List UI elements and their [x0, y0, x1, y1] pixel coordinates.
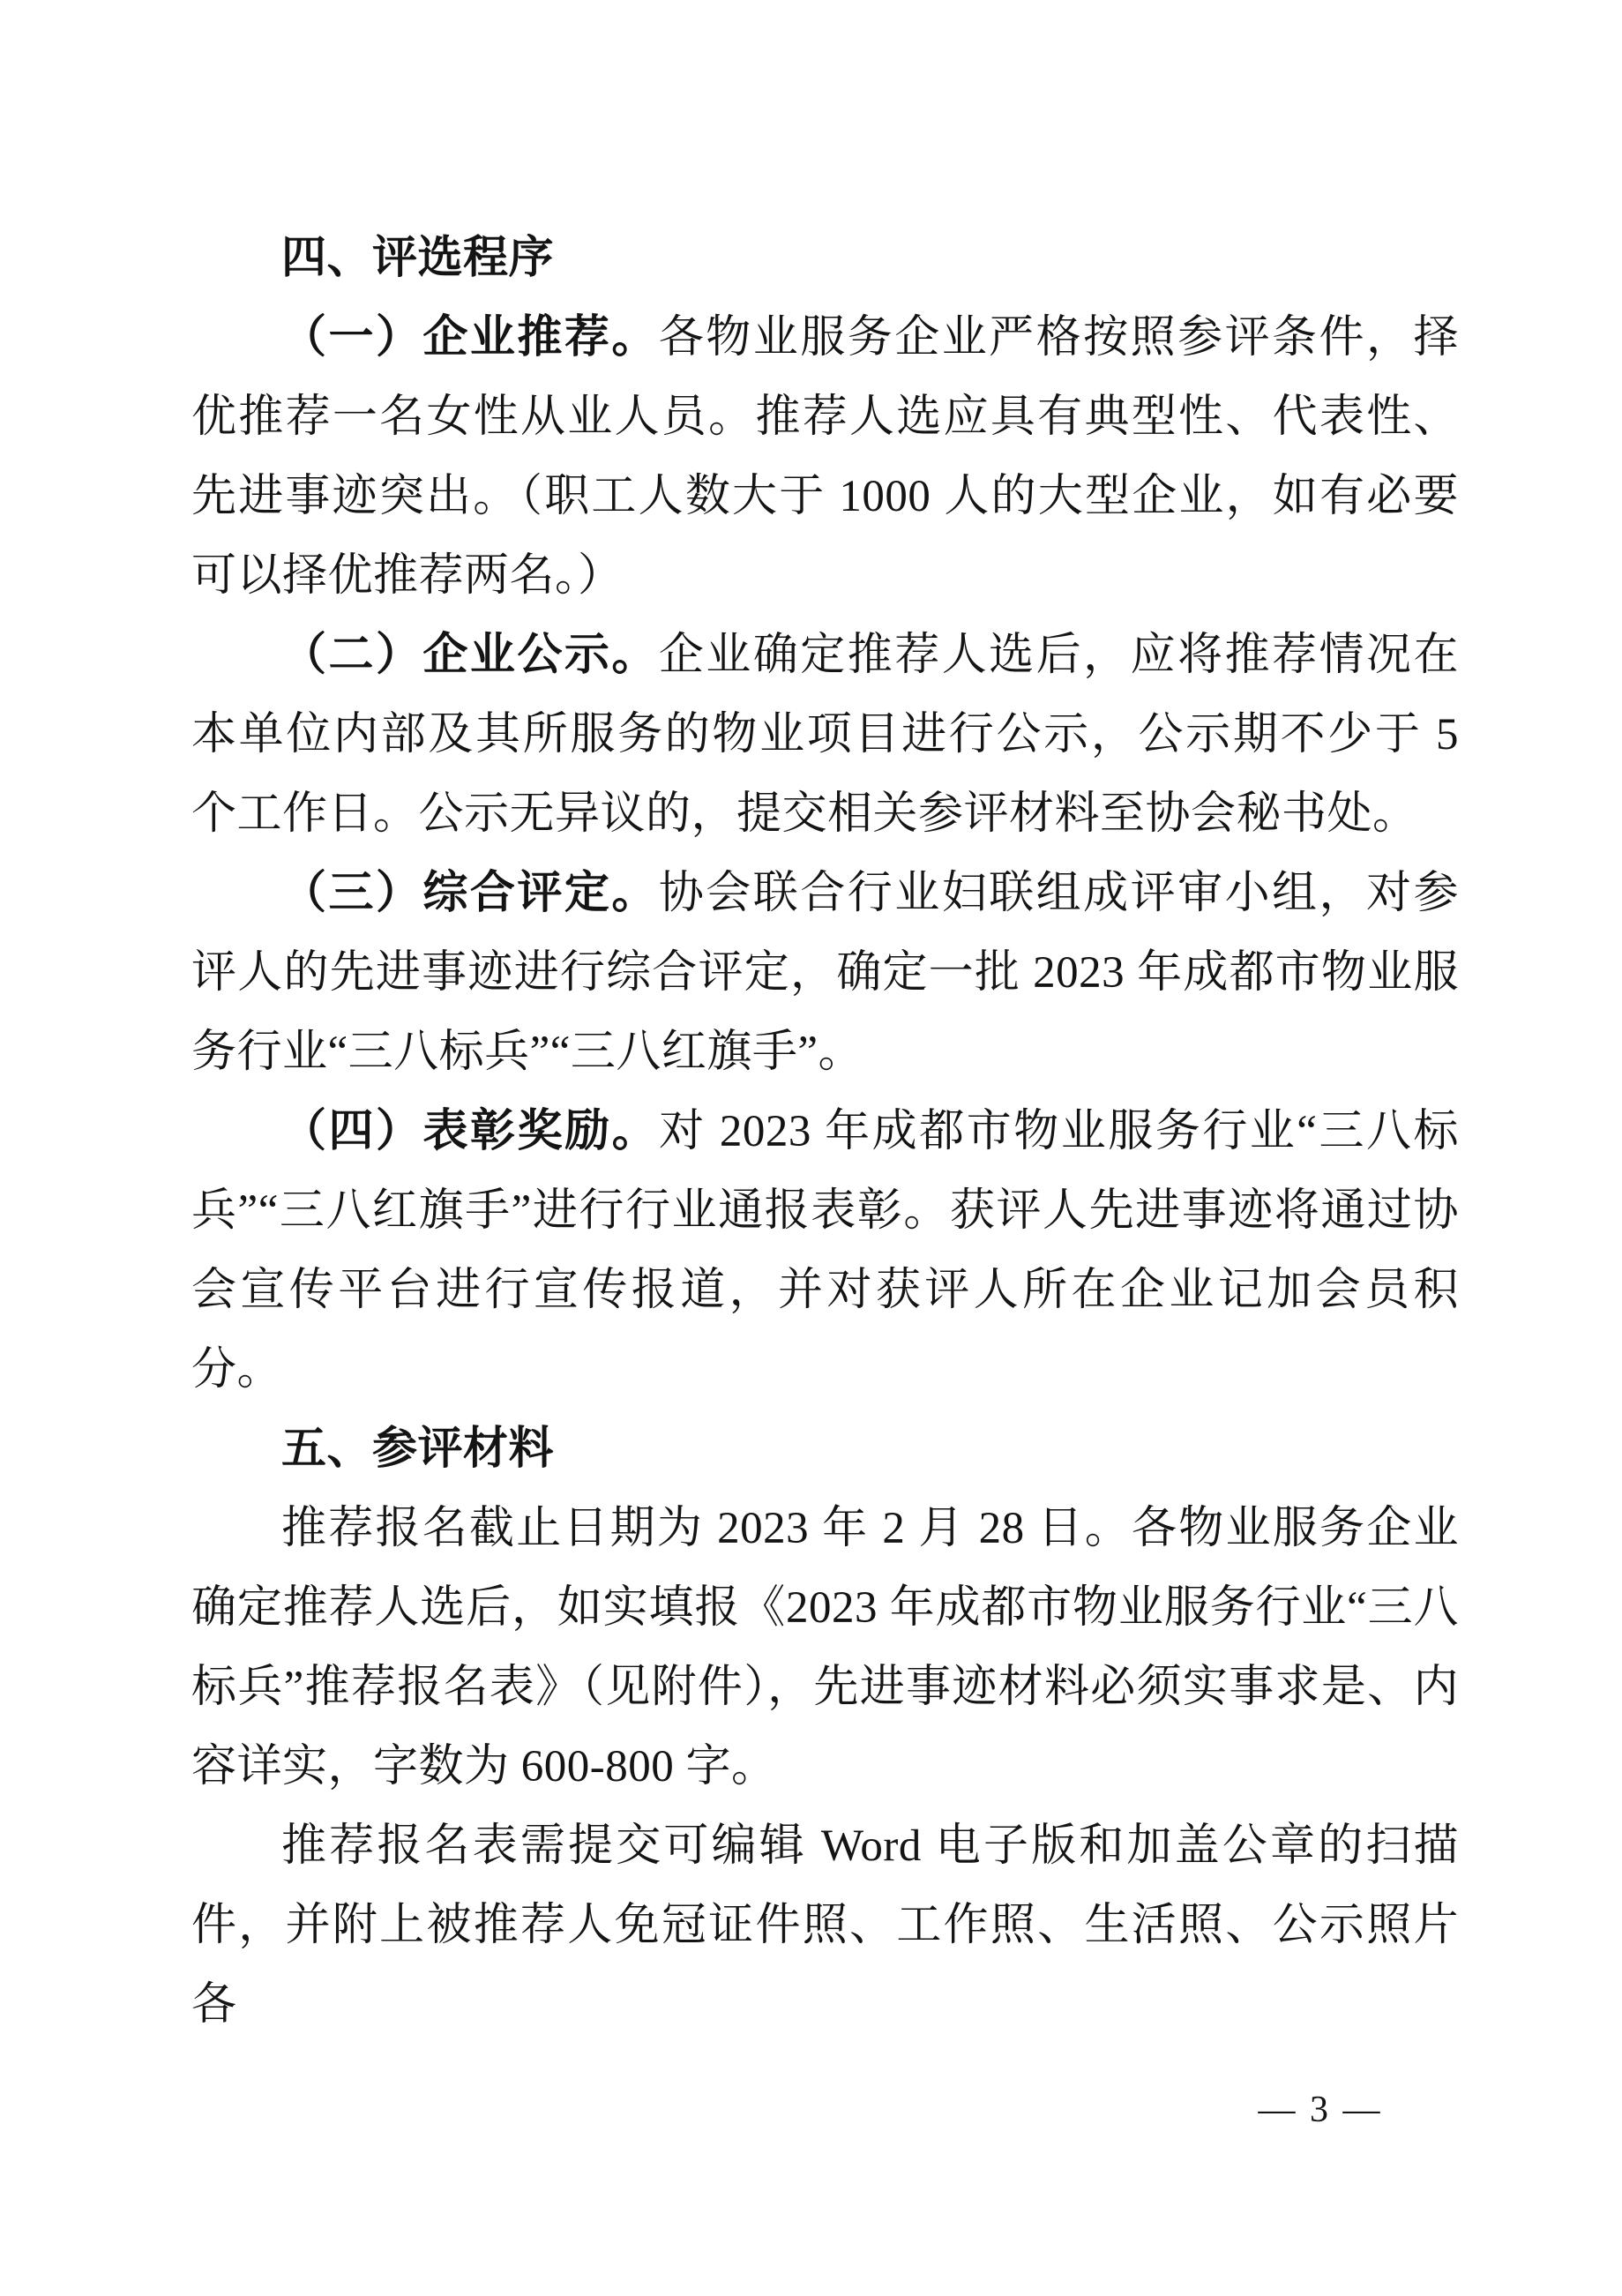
paragraph-lead-enterprise-publicity: （二）企业公示。	[281, 631, 659, 680]
paragraph-lead-comprehensive-evaluation: （三）综合评定。	[281, 869, 659, 918]
paragraph-lead-commendation-reward: （四）表彰奖励。	[281, 1107, 659, 1156]
paragraph-commendation-reward: （四）表彰奖励。对 2023 年成都市物业服务行业“三八标兵”“三八红旗手”进行…	[191, 1092, 1459, 1410]
paragraph-registration-deadline: 推荐报名截止日期为 2023 年 2 月 28 日。各物业服务企业确定推荐人选后…	[191, 1489, 1459, 1806]
document-content: 四、评选程序 （一）企业推荐。各物业服务企业严格按照参评条件，择优推荐一名女性从…	[191, 219, 1459, 2045]
paragraph-body-registration-deadline: 推荐报名截止日期为 2023 年 2 月 28 日。各物业服务企业确定推荐人选后…	[191, 1504, 1459, 1791]
paragraph-enterprise-publicity: （二）企业公示。企业确定推荐人选后，应将推荐情况在本单位内部及其所服务的物业项目…	[191, 616, 1459, 854]
page-number: — 3 —	[1215, 2089, 1426, 2131]
paragraph-submission-requirements: 推荐报名表需提交可编辑 Word 电子版和加盖公章的扫描件，并附上被推荐人免冠证…	[191, 1806, 1459, 2045]
paragraph-lead-enterprise-recommendation: （一）企业推荐。	[281, 313, 659, 363]
paragraph-enterprise-recommendation: （一）企业推荐。各物业服务企业严格按照参评条件，择优推荐一名女性从业人员。推荐人…	[191, 298, 1459, 616]
section-heading-evaluation-materials: 五、参评材料	[191, 1410, 1459, 1489]
section-heading-selection-procedure: 四、评选程序	[191, 219, 1459, 298]
paragraph-comprehensive-evaluation: （三）综合评定。协会联合行业妇联组成评审小组，对参评人的先进事迹进行综合评定，确…	[191, 854, 1459, 1092]
paragraph-body-submission-requirements: 推荐报名表需提交可编辑 Word 电子版和加盖公章的扫描件，并附上被推荐人免冠证…	[191, 1821, 1459, 2030]
document-page: 四、评选程序 （一）企业推荐。各物业服务企业严格按照参评条件，择优推荐一名女性从…	[0, 0, 1622, 2296]
